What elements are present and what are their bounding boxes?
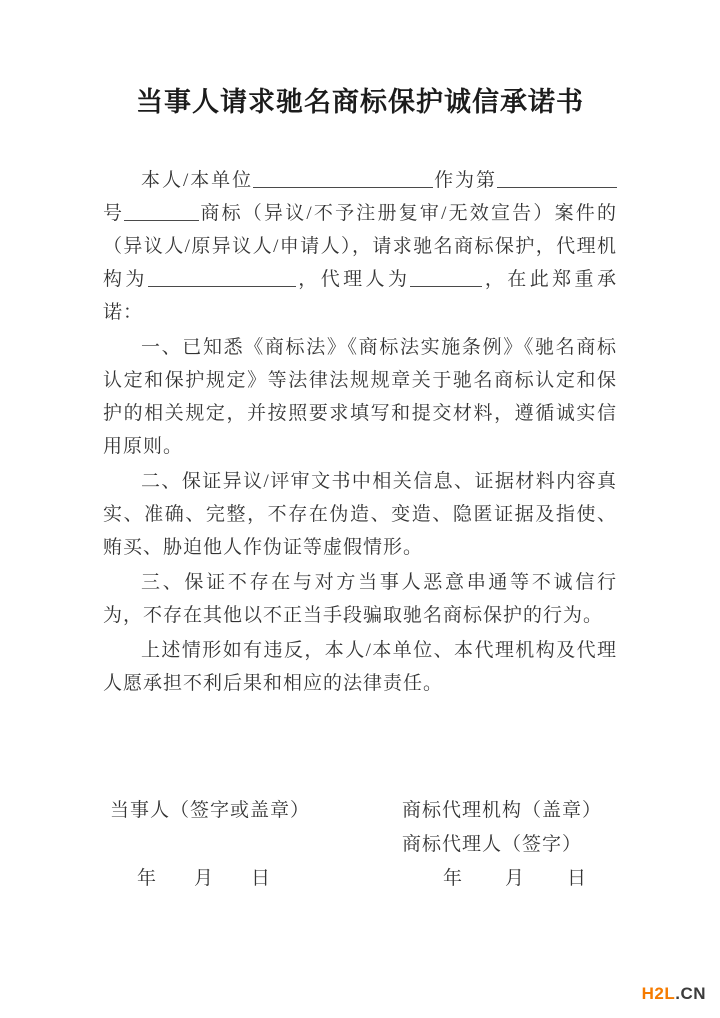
trademark-number-blank <box>497 171 617 188</box>
date-row: 年月日 年月日 <box>103 862 617 896</box>
signature-labels-row: 当事人（签字或盖章） 商标代理机构（盖章） <box>103 794 617 828</box>
agency-signature-label: 商标代理机构（盖章） <box>399 794 617 828</box>
trademark-name-blank <box>124 204 199 221</box>
document-body: 本人/本单位作为第号商标（异议/不予注册复审/无效宣告）案件的（异议人/原异议人… <box>103 164 617 700</box>
party-date-month: 月 <box>194 868 214 889</box>
commitment-paragraph-2: 二、保证异议/评审文书中相关信息、证据材料内容真实、准确、完整，不存在伪造、变造… <box>103 465 617 564</box>
party-date-line: 年月日 <box>103 862 399 896</box>
agent-date-day: 日 <box>567 868 587 889</box>
intro-no-label: 号 <box>103 203 124 224</box>
party-signature-label: 当事人（签字或盖章） <box>103 794 399 828</box>
agent-label-spacer <box>103 828 399 862</box>
commitment-paragraph-1: 一、已知悉《商标法》《商标法实施条例》《驰名商标认定和保护规定》等法律法规规章关… <box>103 331 617 463</box>
liability-paragraph: 上述情形如有违反，本人/本单位、本代理机构及代理人愿承担不利后果和相应的法律责任… <box>103 634 617 700</box>
intro-paragraph: 本人/本单位作为第号商标（异议/不予注册复审/无效宣告）案件的（异议人/原异议人… <box>103 164 617 329</box>
agent-date-year: 年 <box>443 868 463 889</box>
agent-label-row: 商标代理人（签字） <box>103 828 617 862</box>
agent-name-blank <box>410 270 482 287</box>
applicant-name-blank <box>253 171 433 188</box>
intro-as-no-label: 作为第 <box>433 170 497 191</box>
document-title: 当事人请求驰名商标保护诚信承诺书 <box>103 86 617 118</box>
agent-date-line: 年月日 <box>399 862 617 896</box>
watermark-brand-text: H2L <box>642 984 676 1003</box>
party-date-year: 年 <box>137 868 157 889</box>
site-watermark: H2L.CN <box>642 984 706 1004</box>
signature-section: 当事人（签字或盖章） 商标代理机构（盖章） 商标代理人（签字） 年月日 年月日 <box>103 794 617 896</box>
document-page: 当事人请求驰名商标保护诚信承诺书 本人/本单位作为第号商标（异议/不予注册复审/… <box>103 0 617 896</box>
intro-agent-label: ，代理人为 <box>296 269 411 290</box>
agency-name-blank <box>148 270 296 287</box>
party-date-day: 日 <box>251 868 271 889</box>
agent-signature-label: 商标代理人（签字） <box>399 828 617 862</box>
commitment-paragraph-3: 三、保证不存在与对方当事人恶意串通等不诚信行为，不存在其他以不正当手段骗取驰名商… <box>103 566 617 632</box>
agent-date-month: 月 <box>505 868 525 889</box>
intro-applicant-label: 本人/本单位 <box>141 170 253 191</box>
watermark-suffix-text: .CN <box>675 984 706 1003</box>
